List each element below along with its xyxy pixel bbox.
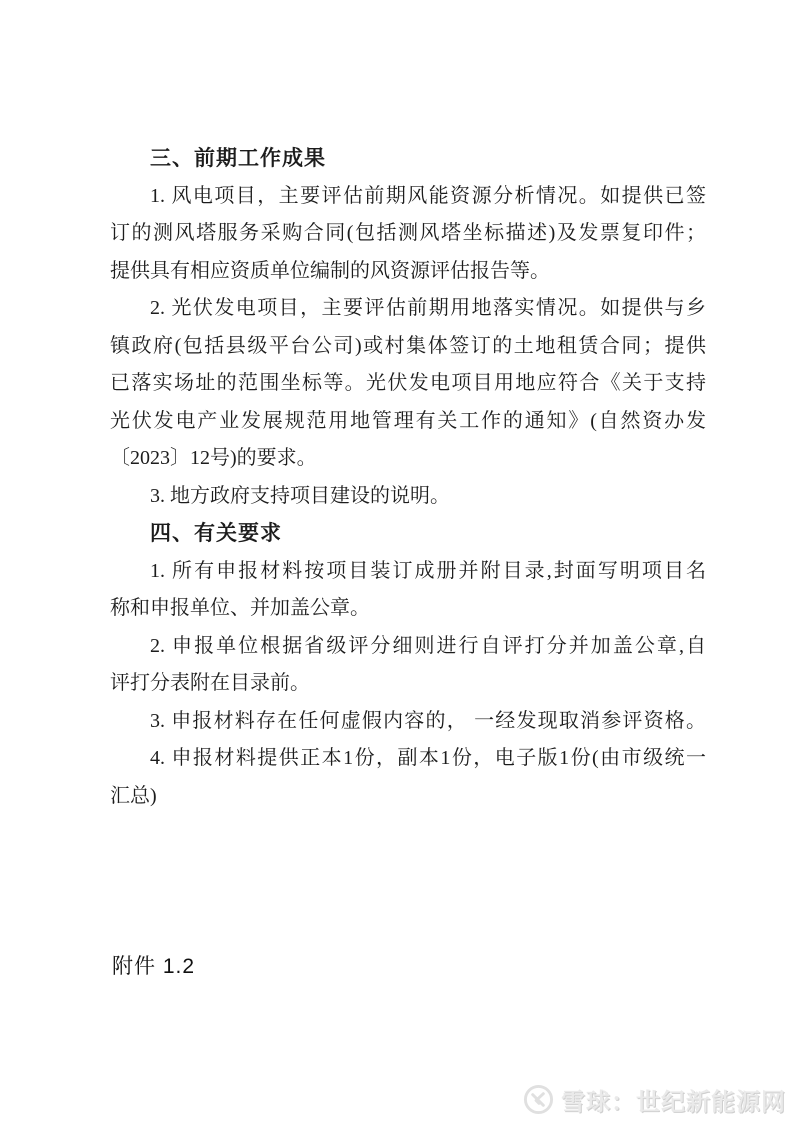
document-line: 汇总) [110, 778, 706, 816]
xueqiu-snowball-icon [523, 1084, 554, 1115]
document-line: 1. 所有申报材料按项目装订成册并附目录,封面写明项目名 [110, 553, 706, 591]
document-line: 评打分表附在目录前。 [110, 665, 706, 703]
section-heading-3: 三、前期工作成果 [110, 140, 706, 178]
document-line: 订的测风塔服务采购合同(包括测风塔坐标描述)及发票复印件； [110, 215, 706, 253]
section-heading-4: 四、有关要求 [110, 515, 706, 553]
document-line: 提供具有相应资质单位编制的风资源评估报告等。 [110, 253, 706, 291]
document-line: 光伏发电产业发展规范用地管理有关工作的通知》(自然资办发 [110, 403, 706, 441]
document-line: 4. 申报材料提供正本1份，副本1份，电子版1份(由市级统一 [110, 740, 706, 778]
document-line: 称和申报单位、并加盖公章。 [110, 590, 706, 628]
document-line: 2. 光伏发电项目，主要评估前期用地落实情况。如提供与乡 [110, 290, 706, 328]
document-page: 三、前期工作成果 1. 风电项目，主要评估前期风能资源分析情况。如提供已签 订的… [0, 0, 794, 1123]
document-line: 3. 申报材料存在任何虚假内容的， 一经发现取消参评资格。 [110, 703, 706, 741]
document-line: 〔2023〕12号)的要求。 [110, 440, 706, 478]
document-line: 已落实场址的范围坐标等。光伏发电项目用地应符合《关于支持 [110, 365, 706, 403]
document-line: 镇政府(包括县级平台公司)或村集体签订的土地租赁合同；提供 [110, 328, 706, 366]
document-line: 1. 风电项目，主要评估前期风能资源分析情况。如提供已签 [110, 178, 706, 216]
attachment-label: 附件 1.2 [112, 950, 195, 980]
document-line: 3. 地方政府支持项目建设的说明。 [110, 478, 706, 516]
document-line: 2. 申报单位根据省级评分细则进行自评打分并加盖公章,自 [110, 628, 706, 666]
watermark: 雪球：世纪新能源网 [523, 1082, 786, 1117]
watermark-text: 雪球：世纪新能源网 [561, 1082, 786, 1117]
document-text-block: 三、前期工作成果 1. 风电项目，主要评估前期风能资源分析情况。如提供已签 订的… [110, 140, 706, 815]
